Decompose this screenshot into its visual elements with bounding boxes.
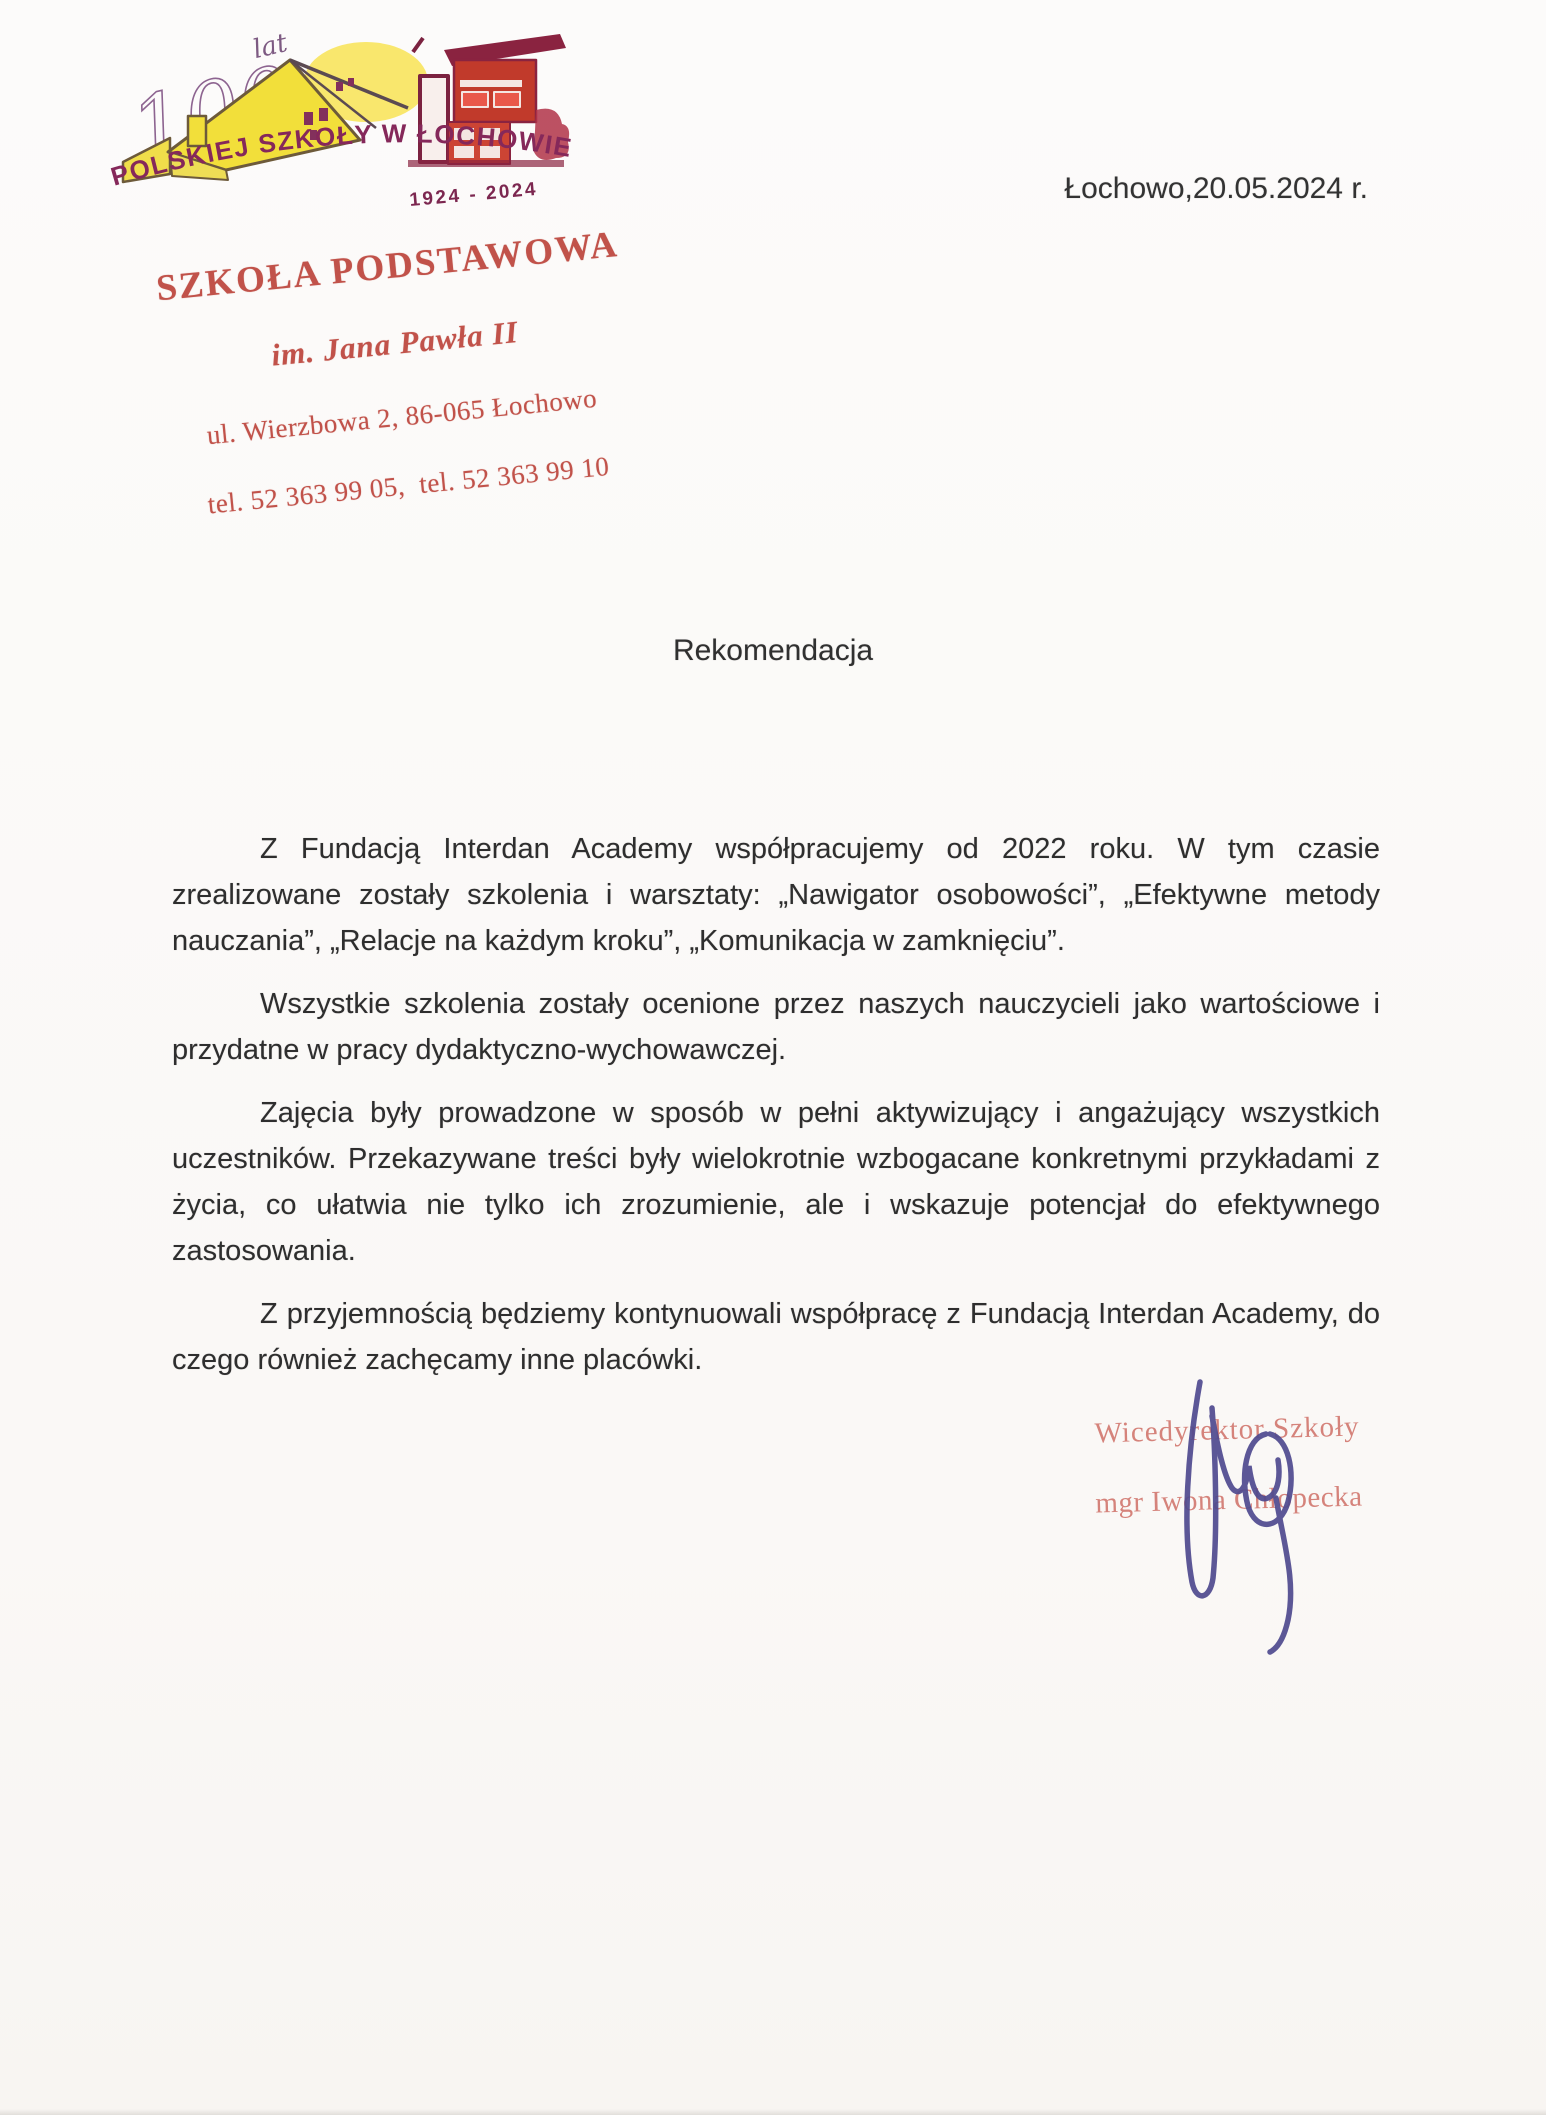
paragraph-future-cooperation: Z przyjemnością będziemy kontynuowali ws… <box>172 1291 1380 1383</box>
date-line: Łochowo,20.05.2024 r. <box>1064 172 1368 206</box>
scanned-recommendation-letter: 100 lat <box>0 0 1546 2115</box>
paragraph-training-evaluation: Wszystkie szkolenia zostały ocenione prz… <box>172 981 1380 1073</box>
handwritten-signature <box>1142 1376 1342 1656</box>
anniversary-unit-text: lat <box>250 28 291 65</box>
letter-body: Z Fundacją Interdan Academy współpracuje… <box>172 826 1380 1400</box>
school-street-address: ul. Wierzbowa 2, 86-065 Łochowo <box>166 379 637 455</box>
scan-bottom-edge <box>0 2109 1546 2115</box>
school-phone-numbers: tel. 52 363 99 05, tel. 52 363 99 10 <box>173 448 644 524</box>
paragraph-classes-description: Zajęcia były prowadzone w sposób w pełni… <box>172 1090 1380 1274</box>
paragraph-cooperation-history: Z Fundacją Interdan Academy współpracuje… <box>172 826 1380 964</box>
school-name: SZKOŁA PODSTAWOWA <box>151 223 623 311</box>
school-anniversary-logo: 100 lat <box>108 20 578 220</box>
letter-title: Rekomendacja <box>0 634 1546 668</box>
school-address-stamp: SZKOŁA PODSTAWOWA im. Jana Pawła II ul. … <box>148 187 647 560</box>
anniversary-logo-graphic: 100 lat <box>108 20 578 220</box>
school-patron: im. Jana Pawła II <box>159 303 630 384</box>
